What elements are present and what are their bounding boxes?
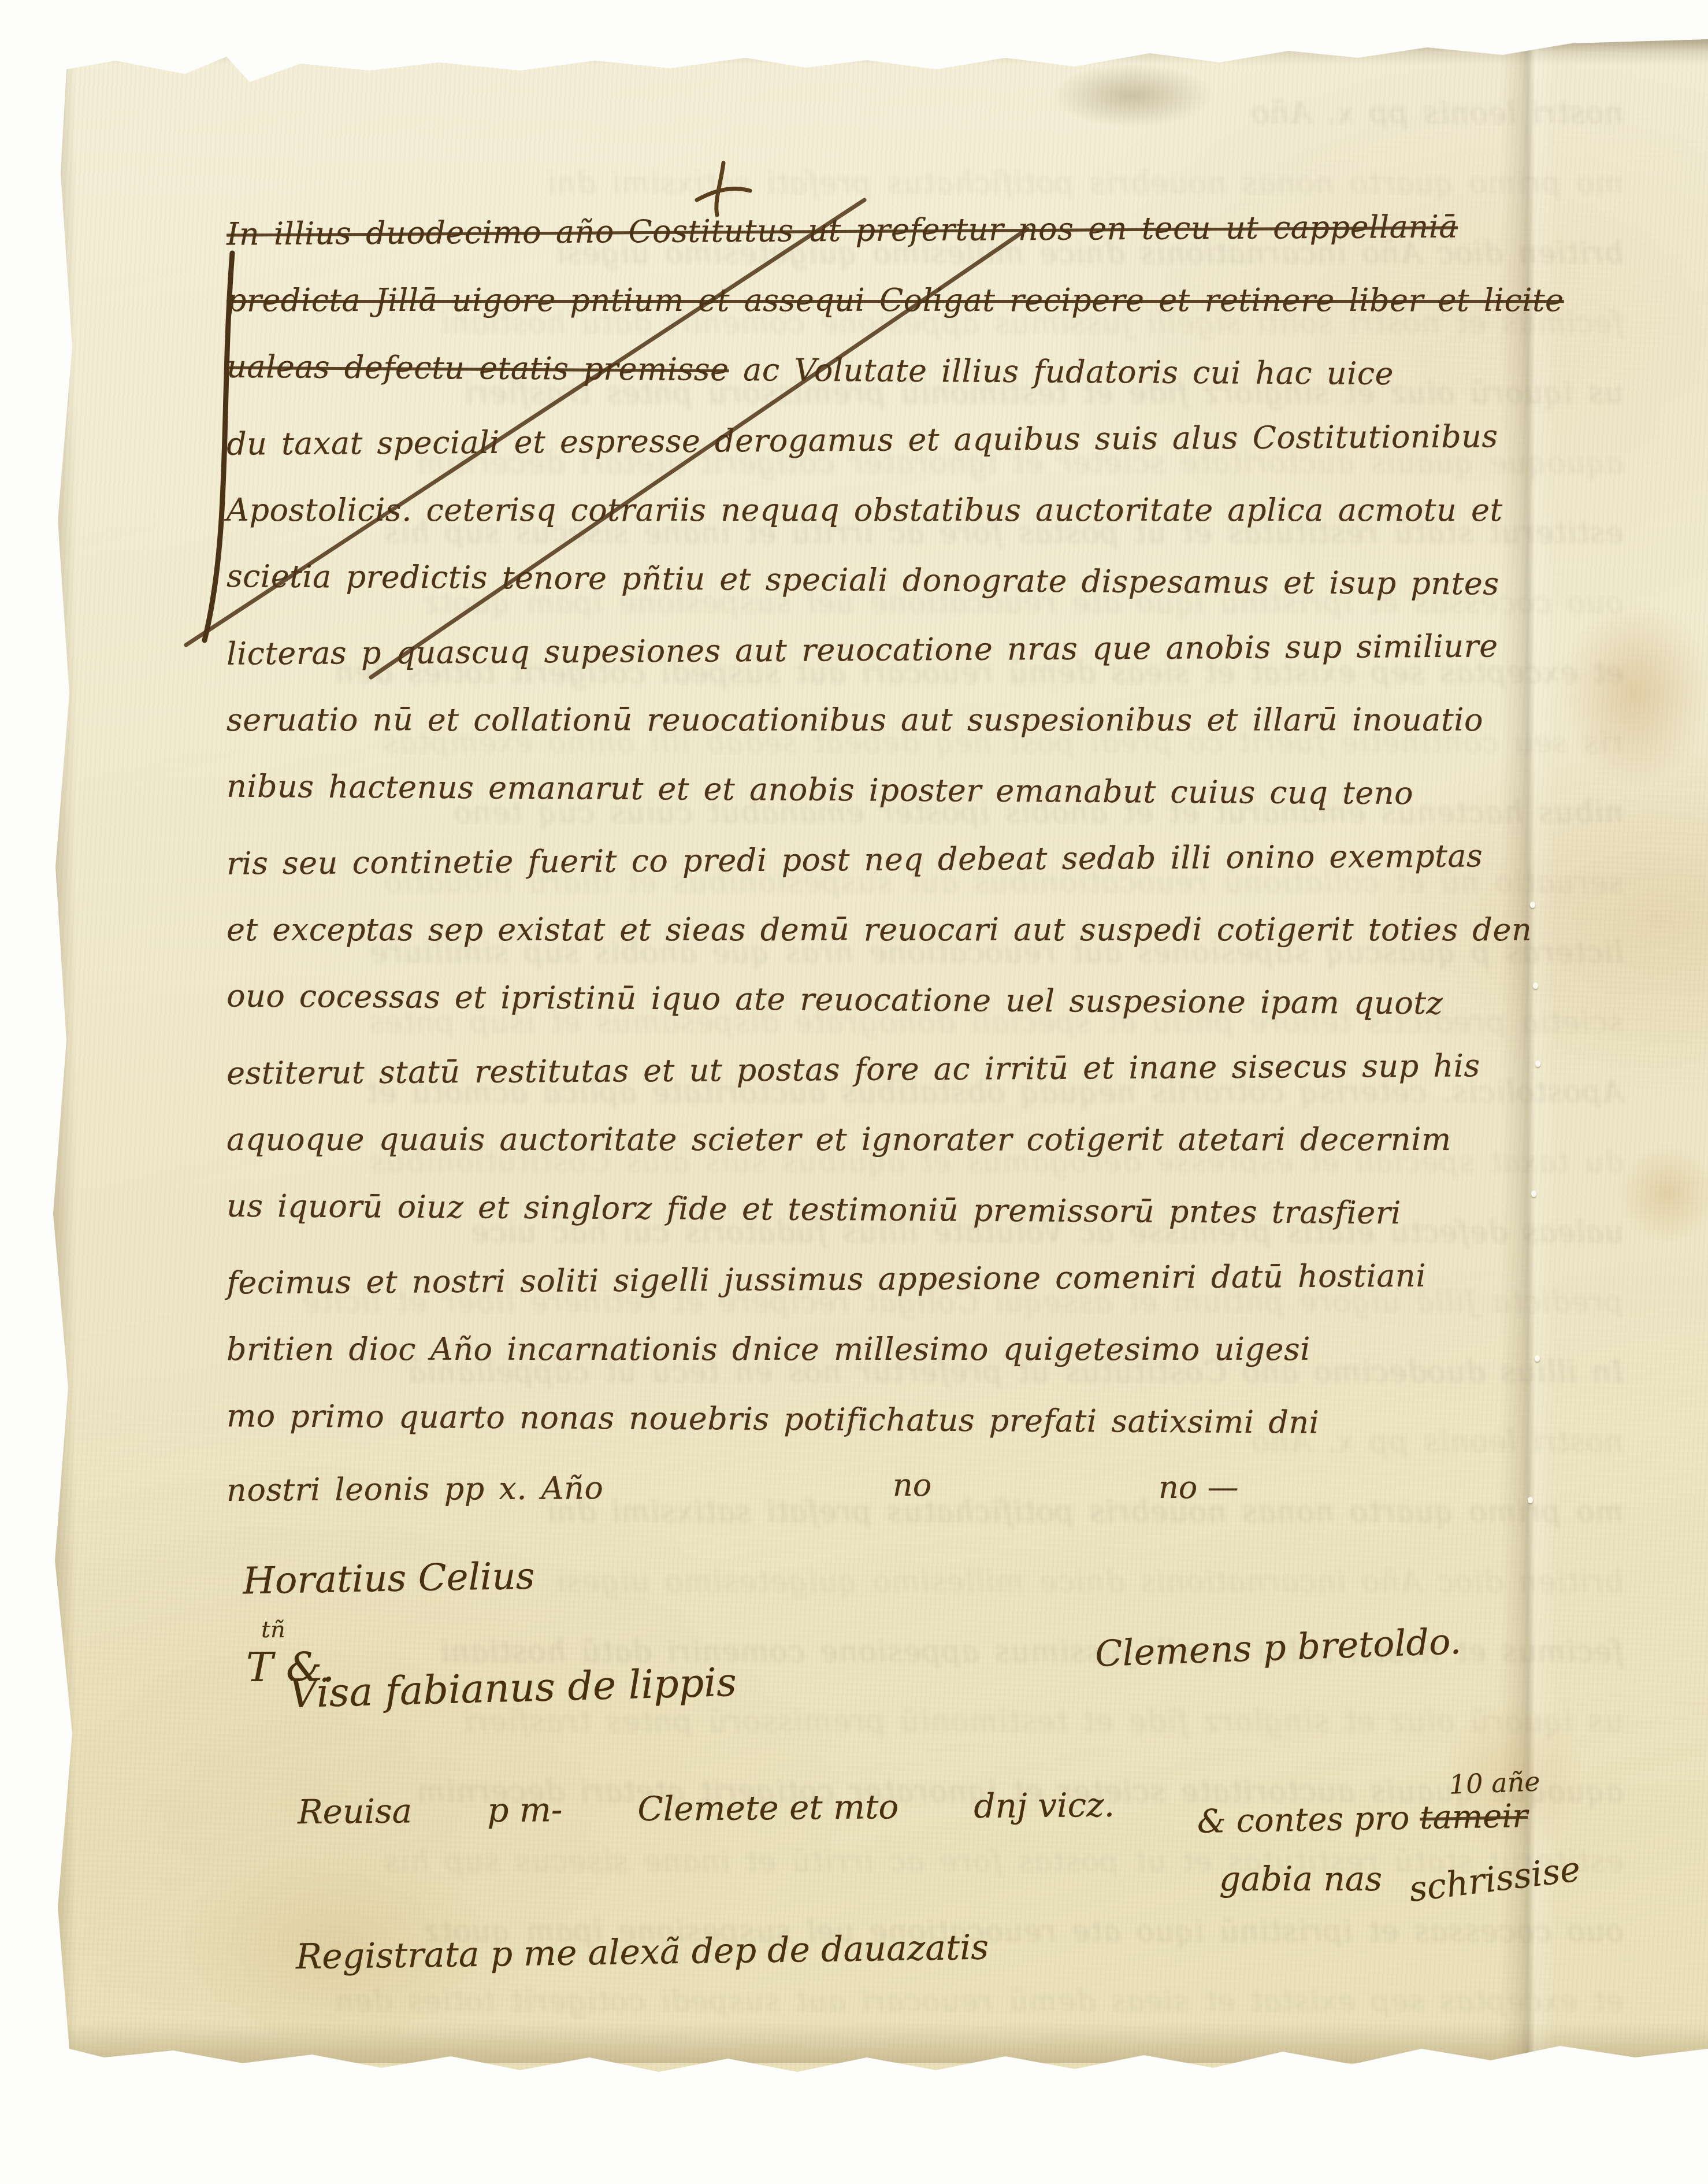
revisa-word: Clemete et mto: [637, 1790, 898, 1826]
struck-text: In illius duodecimo año Costitutus ut pr…: [227, 208, 1458, 252]
text-line: et exceptas sep existat et sieas demū re…: [227, 914, 1532, 945]
paper-left-edge-shadow: [51, 58, 76, 2057]
text-line: ualeas defectu etatis premisse ac Voluta…: [227, 351, 1394, 390]
paper-sheet: nostri leonis pp x. Añomo primo quarto n…: [0, 0, 1708, 2184]
revisa-line: Reuisap m-Clemete et mtodnj vicz.: [298, 1788, 1115, 1829]
stain: [1618, 1144, 1708, 1243]
text-line: estiterut statū restitutas et ut postas …: [227, 1050, 1480, 1089]
marginal-note-ioane: 10 añe: [1449, 1768, 1540, 1797]
showthrough-line: mo primo quarto nonas nouebris potificha…: [75, 168, 1624, 198]
text-line: ris seu continetie fuerit co predi post …: [227, 840, 1483, 879]
text-line: seruatio nū et collationū reuocationibus…: [227, 704, 1483, 736]
revisa-word: p m-: [487, 1793, 563, 1827]
visa-line: Visa fabianus de lippis: [288, 1663, 737, 1714]
revisa-word: Reuisa: [298, 1794, 413, 1829]
annotation-no-1: no: [893, 1467, 931, 1503]
struck-text: predicta Jillā uigore pntium et assequi …: [227, 282, 1564, 318]
text-line: britien dioc Año incarnationis dnice mil…: [227, 1334, 1310, 1365]
showthrough-line: nostri leonis pp x. Año: [75, 98, 1624, 128]
text-line: scietia predictis tenore pñtiu et specia…: [227, 561, 1499, 599]
showthrough-line: estiterut statū restitutas et ut postas …: [75, 1846, 1624, 1877]
struck-text: ualeas defectu etatis premisse: [227, 348, 729, 388]
text-line: du taxat speciali et espresse derogamus …: [227, 421, 1498, 459]
signature-gabianas: gabia nas: [1219, 1862, 1382, 1896]
text-line: aquoque quauis auctoritate scieter et ig…: [227, 1124, 1451, 1155]
notary-monogram-flourish: tñ: [261, 1618, 285, 1641]
text-line: Apostolicis. ceterisq cotrariis nequaq o…: [227, 495, 1503, 526]
revisa-word: dnj vicz.: [974, 1788, 1115, 1823]
text-line: mo primo quarto nonas nouebris potificha…: [227, 1400, 1320, 1438]
manuscript-scan: nostri leonis pp x. Añomo primo quarto n…: [0, 0, 1708, 2184]
text-line: fecimus et nostri soliti sigelli jussimu…: [227, 1260, 1426, 1299]
annotation-no-2: no —: [1159, 1469, 1238, 1506]
marginal-note-contes: & contes pro tameir: [1197, 1800, 1528, 1838]
struck-text: tameir: [1420, 1797, 1528, 1837]
text-line: In illius duodecimo año Costitutus ut pr…: [227, 211, 1458, 250]
text-line: nostri leonis pp x. Año: [227, 1473, 604, 1506]
text-line: us iquorū oiuz et singlorz fide et testi…: [227, 1191, 1401, 1229]
text-line: nibus hactenus emanarut et et anobis ipo…: [227, 771, 1413, 810]
showthrough-line: et exceptas sep existat et sieas demū re…: [75, 1986, 1624, 2016]
registrata-line: Registrata p me alexã dep de dauazatis: [296, 1930, 989, 1975]
text-line: predicta Jillā uigore pntium et assequi …: [227, 285, 1564, 316]
text-line: ouo cocessas et ipristinū iquo ate reuoc…: [227, 981, 1443, 1019]
text-line: licteras p quascuq supesiones aut reuoca…: [227, 631, 1498, 669]
signature-horatius-celius: Horatius Celius: [242, 1558, 535, 1600]
paper-top-edge-shadow: [52, 38, 1708, 65]
